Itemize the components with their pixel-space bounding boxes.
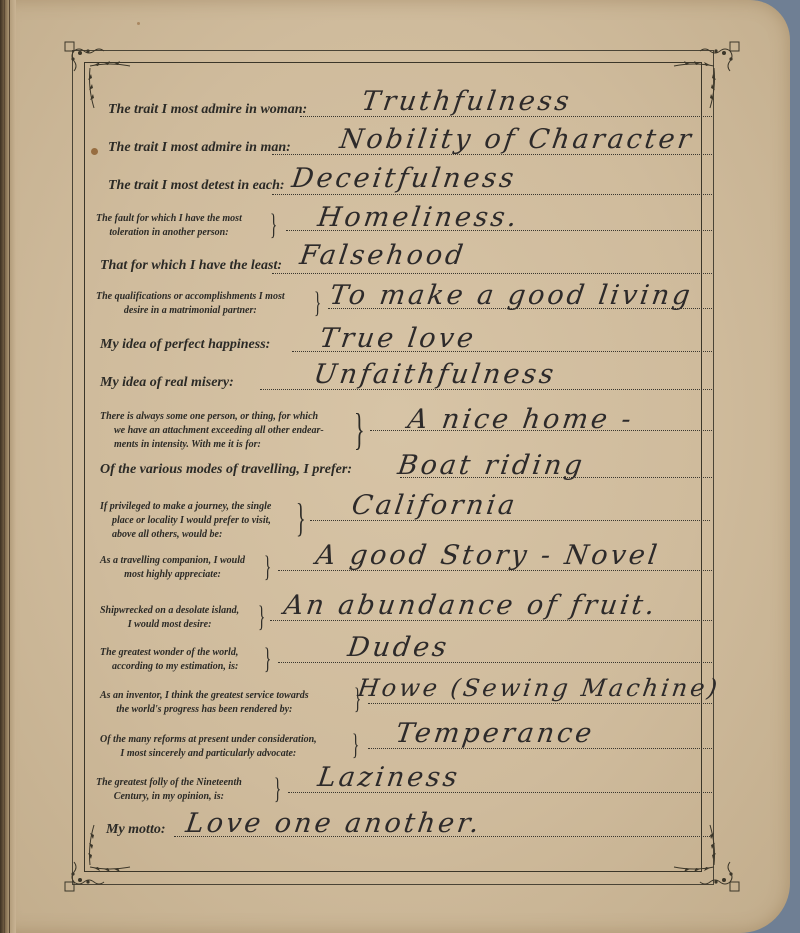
question-label: My idea of real misery: <box>100 375 234 391</box>
handwritten-answer: Love one another. <box>184 808 484 839</box>
handwritten-answer: An abundance of fruit. <box>282 590 660 621</box>
question-label: The greatest wonder of the world,accordi… <box>100 646 238 674</box>
question-label: My idea of perfect happiness: <box>100 337 270 353</box>
question-label: The trait I most admire in man: <box>108 140 291 156</box>
question-label: As an inventor, I think the greatest ser… <box>100 689 309 717</box>
brace: } <box>258 602 265 632</box>
brace: } <box>296 498 306 538</box>
corner-ornament-top-right-icon <box>652 40 742 110</box>
brace: } <box>274 774 281 804</box>
corner-ornament-top-left-icon <box>62 40 152 110</box>
brace: } <box>354 408 365 452</box>
handwritten-answer: Dudes <box>346 632 452 663</box>
handwritten-answer: True love <box>318 323 478 354</box>
question-label: The greatest folly of the NineteenthCent… <box>96 776 242 804</box>
answer-line <box>272 273 712 274</box>
handwritten-answer: Temperance <box>394 718 597 749</box>
answer-line <box>278 662 712 663</box>
book-spine <box>0 0 16 933</box>
handwritten-answer: A nice home - <box>406 404 636 435</box>
corner-ornament-bottom-right-icon <box>652 823 742 893</box>
handwritten-answer: Deceitfulness <box>290 163 519 194</box>
question-label: As a travelling companion, I wouldmost h… <box>100 554 245 582</box>
question-label: My motto: <box>106 822 166 838</box>
handwritten-answer: To make a good living <box>328 280 695 311</box>
paper-speck <box>137 22 140 25</box>
handwritten-answer: Homeliness. <box>316 202 522 233</box>
brace: } <box>352 730 359 760</box>
brace: } <box>264 644 271 674</box>
handwritten-answer: Laziness <box>316 762 462 793</box>
question-label: The trait I most detest in each: <box>108 178 285 194</box>
handwritten-answer: Truthfulness <box>360 86 574 117</box>
question-label: If privileged to make a journey, the sin… <box>100 500 271 542</box>
brace: } <box>264 552 271 582</box>
brace: } <box>314 288 321 318</box>
question-label: Of the various modes of travelling, I pr… <box>100 462 352 478</box>
question-label: That for which I have the least: <box>100 258 282 274</box>
question-label: The trait I most admire in woman: <box>108 102 307 118</box>
handwritten-answer: Boat riding <box>396 450 587 481</box>
brace: } <box>270 210 277 240</box>
handwritten-answer: A good Story - Novel <box>314 540 662 571</box>
handwritten-answer: Falsehood <box>298 240 468 271</box>
handwritten-answer: Nobility of Character <box>338 124 696 155</box>
handwritten-answer: California <box>350 490 520 521</box>
answer-line <box>272 194 712 195</box>
album-page: The trait I most admire in woman: Truthf… <box>0 0 790 933</box>
question-label: The qualifications or accomplishments I … <box>96 290 285 318</box>
question-label: There is always some one person, or thin… <box>100 410 324 452</box>
handwritten-answer: Unfaithfulness <box>312 359 559 390</box>
question-label: Shipwrecked on a desolate island,I would… <box>100 604 239 632</box>
question-label: The fault for which I have the mosttoler… <box>96 212 242 240</box>
handwritten-answer: Howe (Sewing Machine) <box>356 674 722 702</box>
question-label: Of the many reforms at present under con… <box>100 733 317 761</box>
answer-line <box>368 703 712 704</box>
